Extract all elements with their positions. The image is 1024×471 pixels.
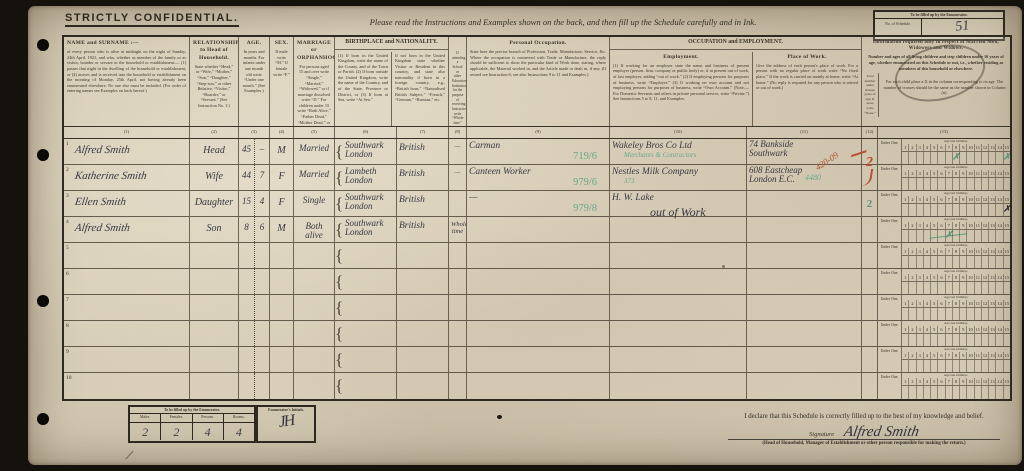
declaration-text: I declare that this Schedule is correctl… bbox=[728, 413, 1000, 420]
cell-employment: Nestles Milk Company373 bbox=[610, 165, 747, 190]
cell-employment bbox=[610, 321, 747, 346]
cell-relationship bbox=[190, 373, 239, 399]
table-row: 6{Under One.Age last birthday.1234567891… bbox=[64, 269, 1010, 295]
header-birthplace: BIRTHPLACE and NATIONALITY. (1) If born … bbox=[335, 37, 449, 126]
enumerator-summary-box: To be filled up by the Enumerator. Males… bbox=[128, 405, 256, 443]
cell-name: 10 bbox=[64, 373, 190, 399]
cell-marriage: Single bbox=[294, 191, 335, 216]
cell-children-grid: Under One.Age last birthday.123456789101… bbox=[878, 217, 1010, 242]
under-one-label: Under One. bbox=[878, 243, 902, 268]
cell-occupation bbox=[467, 347, 610, 372]
cell-relationship bbox=[190, 347, 239, 372]
cell-sex bbox=[270, 347, 294, 372]
signature-label: Signature bbox=[809, 431, 834, 438]
header-age: AGE. In years and months. For infants un… bbox=[239, 37, 270, 126]
cell-marriage: Married bbox=[294, 165, 335, 190]
signature-handwriting: Alfred Smith bbox=[843, 424, 921, 441]
schedule-number-label: No. of Schedule. bbox=[875, 19, 922, 36]
cell-age-years bbox=[239, 295, 255, 320]
cell-name: 9 bbox=[64, 347, 190, 372]
table-row: 7{Under One.Age last birthday.1234567891… bbox=[64, 295, 1010, 321]
header-personal-occupation: Personal Occupation. State here the prec… bbox=[467, 37, 610, 126]
cell-education bbox=[449, 321, 467, 346]
cell-nationality bbox=[397, 347, 449, 372]
cell-occupation: —979/8 bbox=[467, 191, 610, 216]
cell-sex bbox=[270, 321, 294, 346]
table-row: 9{Under One.Age last birthday.1234567891… bbox=[64, 347, 1010, 373]
cell-employment: H. W. Lakeout of Work bbox=[610, 191, 747, 216]
census-form-paper: STRICTLY CONFIDENTIAL. Please read the I… bbox=[28, 6, 1022, 465]
cell-occupation: Canteen Worker979/6 bbox=[467, 165, 610, 190]
cell-children-grid: Under One.Age last birthday.123456789101… bbox=[878, 139, 1010, 164]
cell-marriage bbox=[294, 295, 335, 320]
declaration-block: I declare that this Schedule is correctl… bbox=[728, 413, 1000, 446]
cell-place-of-work: 608 EastcheapLondon E.C.4480 bbox=[747, 165, 862, 190]
cell-age-months bbox=[255, 373, 270, 399]
cell-place-of-work bbox=[747, 321, 862, 346]
cell-marriage bbox=[294, 347, 335, 372]
cell-occupation bbox=[467, 295, 610, 320]
cell-relationship bbox=[190, 269, 239, 294]
cell-education bbox=[449, 373, 467, 399]
header-name: NAME and SURNAME :— of every person who … bbox=[64, 37, 190, 126]
cell-nationality bbox=[397, 269, 449, 294]
cell-nationality: British bbox=[397, 165, 449, 190]
cell-children-total bbox=[862, 243, 878, 268]
cell-relationship bbox=[190, 321, 239, 346]
cell-age-months: 7 bbox=[255, 165, 270, 190]
cell-name: 2Katherine Smith bbox=[64, 165, 190, 190]
cell-sex: F bbox=[270, 165, 294, 190]
cell-children-total bbox=[862, 269, 878, 294]
cell-age-months bbox=[255, 321, 270, 346]
table-row: 4Alfred SmithSon86MBoth alive{SouthwarkL… bbox=[64, 217, 1010, 243]
cell-relationship: Daughter bbox=[190, 191, 239, 216]
under-one-label: Under One. bbox=[878, 295, 902, 320]
cell-nationality bbox=[397, 295, 449, 320]
cell-place-of-work: 74 BanksideSouthwark bbox=[747, 139, 862, 164]
enumerator-initials-box: Enumerator's Initials. JH bbox=[256, 405, 316, 443]
cell-children-grid: Under One.Age last birthday.123456789101… bbox=[878, 269, 1010, 294]
cell-relationship bbox=[190, 243, 239, 268]
cell-age-years: 15 bbox=[239, 191, 255, 216]
enumerator-summary-title: To be filled up by the Enumerator. bbox=[130, 407, 254, 414]
cell-name: 3Ellen Smith bbox=[64, 191, 190, 216]
cell-marriage bbox=[294, 373, 335, 399]
column-letter: (10) bbox=[610, 127, 747, 138]
column-letter: (13) bbox=[878, 127, 1010, 138]
census-table: NAME and SURNAME :— of every person who … bbox=[62, 35, 1012, 401]
cell-age-months bbox=[255, 269, 270, 294]
column-letter: (3) bbox=[239, 127, 270, 138]
cell-children-grid: Under One.Age last birthday.123456789101… bbox=[878, 373, 1010, 399]
under-one-label: Under One. bbox=[878, 191, 902, 216]
cell-sex: M bbox=[270, 139, 294, 164]
header-birthplace-note: (1) If born in the United Kingdom, write… bbox=[335, 52, 392, 126]
header-sex: SEX. If male write “M.” If female write … bbox=[270, 37, 294, 126]
cell-education: — bbox=[449, 165, 467, 190]
child-age-x-mark: ✗ bbox=[1003, 153, 1010, 163]
cell-marriage bbox=[294, 269, 335, 294]
summary-col-males: Males. bbox=[130, 414, 161, 422]
cell-employment: Wakeley Bros Co LtdMerchants & Contracto… bbox=[610, 139, 747, 164]
cell-sex: M bbox=[270, 217, 294, 242]
column-letter: (4) bbox=[270, 127, 294, 138]
cell-age-months bbox=[255, 347, 270, 372]
cell-age-years bbox=[239, 269, 255, 294]
cell-place-of-work bbox=[747, 373, 862, 399]
cell-relationship: Son bbox=[190, 217, 239, 242]
cell-place-of-work bbox=[747, 269, 862, 294]
cell-age-years: 45 bbox=[239, 139, 255, 164]
cell-employment bbox=[610, 373, 747, 399]
cell-education bbox=[449, 191, 467, 216]
cell-place-of-work bbox=[747, 191, 862, 216]
cell-place-of-work bbox=[747, 243, 862, 268]
cell-relationship: Head bbox=[190, 139, 239, 164]
under-one-label: Under One. bbox=[878, 373, 902, 399]
column-letter: (9) bbox=[467, 127, 610, 138]
cell-occupation: Carman719/6 bbox=[467, 139, 610, 164]
cell-children-total bbox=[862, 321, 878, 346]
header-place-of-work: Place of Work. Give the address of each … bbox=[753, 52, 861, 126]
cell-place-of-work bbox=[747, 217, 862, 242]
summary-col-persons: Persons. bbox=[193, 414, 224, 422]
cell-age-months: – bbox=[255, 139, 270, 164]
cell-nationality: British bbox=[397, 139, 449, 164]
column-letter: (1) bbox=[64, 127, 190, 138]
cell-age-months bbox=[255, 243, 270, 268]
cell-occupation bbox=[467, 373, 610, 399]
cell-nationality: British bbox=[397, 191, 449, 216]
under-one-label: Under One. bbox=[878, 217, 902, 242]
cell-birthplace: {LambethLondon bbox=[335, 165, 397, 190]
cell-occupation bbox=[467, 243, 610, 268]
cell-nationality bbox=[397, 373, 449, 399]
cell-birthplace: { bbox=[335, 321, 397, 346]
cell-occupation bbox=[467, 269, 610, 294]
header-occupation-employment: OCCUPATION and EMPLOYMENT. Employment. (… bbox=[610, 37, 862, 126]
punch-hole bbox=[37, 413, 49, 425]
cell-age-months: 4 bbox=[255, 191, 270, 216]
cell-place-of-work bbox=[747, 295, 862, 320]
column-letter: (2) bbox=[190, 127, 239, 138]
cell-education bbox=[449, 347, 467, 372]
cell-marriage: Both alive bbox=[294, 217, 335, 242]
cell-birthplace: { bbox=[335, 269, 397, 294]
cell-children-total bbox=[862, 373, 878, 399]
cell-employment bbox=[610, 295, 747, 320]
table-row: 10{Under One.Age last birthday.123456789… bbox=[64, 373, 1010, 399]
cell-place-of-work bbox=[747, 347, 862, 372]
cell-name: 7 bbox=[64, 295, 190, 320]
cell-occupation bbox=[467, 217, 610, 242]
cell-nationality bbox=[397, 321, 449, 346]
header-employment: Employment. (1) If working for an employ… bbox=[610, 52, 753, 126]
cell-age-years bbox=[239, 373, 255, 399]
cell-name: 5 bbox=[64, 243, 190, 268]
summary-females-value: 2 bbox=[161, 423, 192, 440]
cell-children-grid: Under One.Age last birthday.123456789101… bbox=[878, 243, 1010, 268]
cell-relationship: Wife bbox=[190, 165, 239, 190]
punch-hole bbox=[37, 295, 49, 307]
cell-name: 6 bbox=[64, 269, 190, 294]
header-education: If attending a School or other Education… bbox=[449, 37, 467, 126]
cell-marriage: Married bbox=[294, 139, 335, 164]
cell-birthplace: { bbox=[335, 373, 397, 399]
cell-sex bbox=[270, 243, 294, 268]
cell-children-total: 2 bbox=[862, 191, 878, 216]
fill-in-ink-instruction: Please read the Instructions and Example… bbox=[348, 17, 778, 27]
cell-employment bbox=[610, 269, 747, 294]
cell-age-years bbox=[239, 243, 255, 268]
cell-nationality: British bbox=[397, 217, 449, 242]
summary-col-rooms: Rooms. bbox=[224, 414, 254, 422]
cell-birthplace: {SouthwarkLondon bbox=[335, 217, 397, 242]
cell-age-years: 8 bbox=[239, 217, 255, 242]
cell-education: — bbox=[449, 139, 467, 164]
under-one-label: Under One. bbox=[878, 269, 902, 294]
cell-birthplace: {SouthwarkLondon bbox=[335, 191, 397, 216]
cell-birthplace: { bbox=[335, 243, 397, 268]
ink-speck bbox=[497, 415, 502, 419]
cell-birthplace: {SouthwarkLondon bbox=[335, 139, 397, 164]
census-schedule-screenshot: STRICTLY CONFIDENTIAL. Please read the I… bbox=[0, 0, 1024, 471]
declaration-note: (Head of Household, Manager of Establish… bbox=[728, 441, 1000, 446]
cell-education bbox=[449, 295, 467, 320]
child-age-x-mark: ✗ bbox=[1003, 205, 1010, 215]
column-letter: (8) bbox=[449, 127, 467, 138]
header-marriage: MARRIAGE or ORPHANHOOD. For persons aged… bbox=[294, 37, 335, 126]
under-one-label: Under One. bbox=[878, 347, 902, 372]
cell-name: 4Alfred Smith bbox=[64, 217, 190, 242]
cell-employment bbox=[610, 243, 747, 268]
cell-children-total bbox=[862, 217, 878, 242]
under-one-label: Under One. bbox=[878, 321, 902, 346]
column-letters-row: (1) (2) (3) (4) (5) (6) (7) (8) (9) (10)… bbox=[64, 127, 1010, 139]
punch-hole bbox=[37, 39, 49, 51]
cell-age-months bbox=[255, 295, 270, 320]
cell-sex bbox=[270, 269, 294, 294]
cell-children-grid: Under One.Age last birthday.123456789101… bbox=[878, 321, 1010, 346]
cell-education bbox=[449, 269, 467, 294]
column-letter: (12) bbox=[862, 127, 878, 138]
cell-children-grid: Under One.Age last birthday.123456789101… bbox=[878, 347, 1010, 372]
summary-col-females: Females. bbox=[161, 414, 192, 422]
cell-birthplace: { bbox=[335, 295, 397, 320]
confidential-heading: STRICTLY CONFIDENTIAL. bbox=[65, 12, 239, 27]
under-one-label: Under One. bbox=[878, 139, 902, 164]
cell-education: Whole time bbox=[449, 217, 467, 242]
cell-occupation bbox=[467, 321, 610, 346]
header-nationality-note: If not born in the United Kingdom state … bbox=[392, 52, 448, 126]
table-row: 3Ellen SmithDaughter154FSingle{Southwark… bbox=[64, 191, 1010, 217]
cell-birthplace: { bbox=[335, 347, 397, 372]
punch-hole bbox=[37, 149, 49, 161]
enumerator-initials-value: JH bbox=[257, 409, 315, 435]
column-letter: (6) bbox=[335, 127, 397, 138]
column-letter: (11) bbox=[747, 127, 862, 138]
cell-employment bbox=[610, 347, 747, 372]
cell-name: 1Alfred Smith bbox=[64, 139, 190, 164]
cell-education bbox=[449, 243, 467, 268]
cell-name: 8 bbox=[64, 321, 190, 346]
cell-sex bbox=[270, 373, 294, 399]
under-one-label: Under One. bbox=[878, 165, 902, 190]
cell-nationality bbox=[397, 243, 449, 268]
cell-sex: F bbox=[270, 191, 294, 216]
cell-sex bbox=[270, 295, 294, 320]
cell-children-total bbox=[862, 295, 878, 320]
header-relationship: RELATIONSHIP to Head of Household. State… bbox=[190, 37, 239, 126]
pencil-check-mark bbox=[117, 449, 133, 460]
cell-relationship bbox=[190, 295, 239, 320]
cell-age-years bbox=[239, 321, 255, 346]
header-married-info: Information required only in respect of … bbox=[862, 37, 1010, 126]
summary-males-value: 2 bbox=[130, 423, 161, 440]
summary-rooms-value: 4 bbox=[224, 423, 254, 440]
summary-persons-value: 4 bbox=[193, 423, 224, 440]
table-header: NAME and SURNAME :— of every person who … bbox=[64, 37, 1010, 127]
header-children-grid-note: For each child place a X in the column c… bbox=[879, 73, 1010, 117]
cell-age-years bbox=[239, 347, 255, 372]
cell-children-grid: Under One.Age last birthday.123456789101… bbox=[878, 165, 1010, 190]
cell-age-years: 44 bbox=[239, 165, 255, 190]
table-row: 8{Under One.Age last birthday.1234567891… bbox=[64, 321, 1010, 347]
cell-employment bbox=[610, 217, 747, 242]
column-letter: (5) bbox=[294, 127, 335, 138]
cell-children-total bbox=[862, 347, 878, 372]
cell-marriage bbox=[294, 243, 335, 268]
header-children-total-note: Total number under sixteen years of age.… bbox=[862, 73, 879, 117]
cell-children-grid: Under One.Age last birthday.123456789101… bbox=[878, 295, 1010, 320]
table-row: 5{Under One.Age last birthday.1234567891… bbox=[64, 243, 1010, 269]
column-letter: (7) bbox=[397, 127, 449, 138]
cell-children-grid: Under One.Age last birthday.123456789101… bbox=[878, 191, 1010, 216]
cell-age-months: 6 bbox=[255, 217, 270, 242]
cell-marriage bbox=[294, 321, 335, 346]
